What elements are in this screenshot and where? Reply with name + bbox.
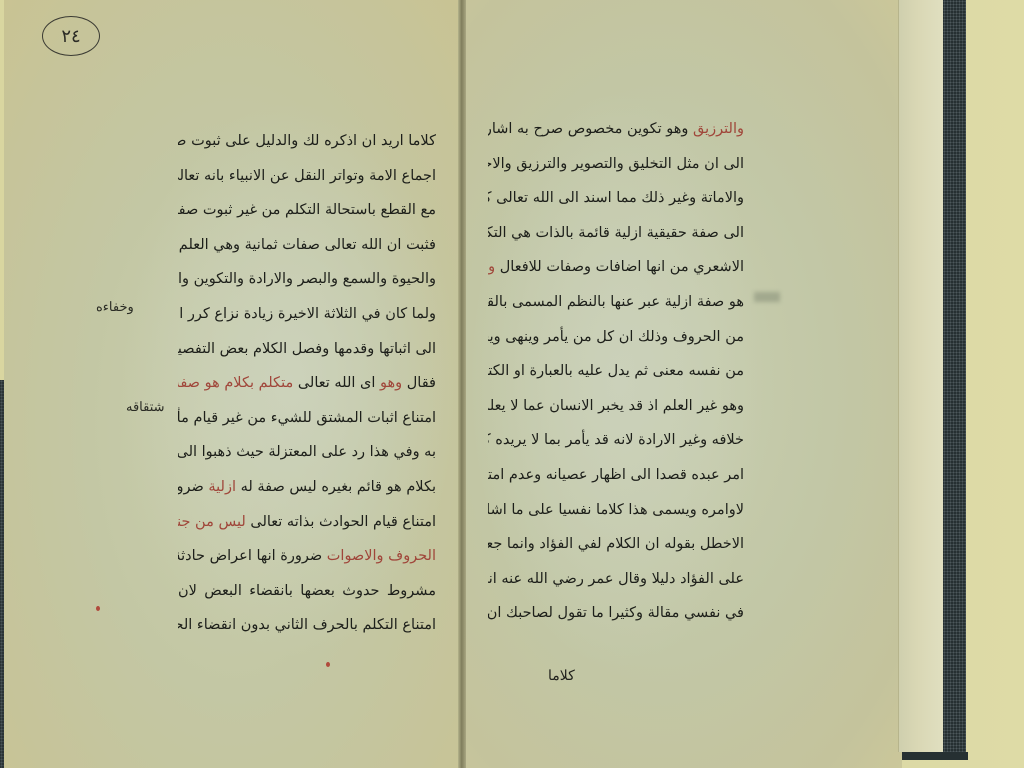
catchword: كلاما — [548, 668, 575, 684]
right-page-text: والترزيق وهو تكوين مخصوص صرح به اشارة ال… — [488, 112, 744, 631]
text-line: بكلام هو قائم بغيره ليس صفة له ازلية ضرو… — [178, 470, 436, 505]
text-segment: بكلام هو قائم بغيره ليس صفة له — [236, 479, 436, 495]
text-line: على الفؤاد دليلا وقال عمر رضي الله عنه ا… — [488, 562, 744, 597]
text-segment: وهو تكوين مخصوص صرح به اشارة — [488, 121, 693, 137]
folio-number: ٢٤ — [42, 16, 100, 56]
text-line: في نفسي مقالة وكثيرا ما تقول لصاحبك ان ف… — [488, 596, 744, 631]
text-segment: اى الله تعالى — [293, 375, 380, 391]
text-segment: ضرورة انها اعراض حادثة — [178, 548, 327, 564]
margin-note: شتقاقه — [126, 400, 165, 415]
text-segment: فقال — [402, 375, 436, 391]
text-line: امر عبده قصدا الى اظهار عصيانه وعدم امتث… — [488, 458, 744, 493]
text-line: امتناع اثبات المشتق للشيء من غير قيام مأ… — [178, 401, 436, 436]
text-line: هو صفة ازلية عبر عنها بالنظم المسمى بالق… — [488, 285, 744, 320]
text-line: الى اثباتها وقدمها وفصل الكلام بعض التفص… — [178, 332, 436, 367]
text-line: فثبت ان الله تعالى صفات ثمانية وهي العلم… — [178, 228, 436, 263]
text-line: الاخطل بقوله ان الكلام لفي الفؤاد وانما … — [488, 527, 744, 562]
text-line: فقال وهو اى الله تعالى متكلم بكلام هو صف… — [178, 366, 436, 401]
text-line: الحروف والاصوات ضرورة انها اعراض حادثة — [178, 539, 436, 574]
text-line: خلافه وغير الارادة لانه قد يأمر بما لا ي… — [488, 423, 744, 458]
text-line: من الحروف وذلك ان كل من يأمر وينهى ويخبر… — [488, 320, 744, 355]
text-line: امتناع قيام الحوادث بذاته تعالى ليس من ج… — [178, 505, 436, 540]
text-line: لاوامره ويسمى هذا كلاما نفسيا على ما اشا… — [488, 493, 744, 528]
ink-spot — [96, 606, 100, 611]
rubric-text: ليس من جنس — [178, 514, 246, 530]
text-line: كلاما اريد ان اذكره لك والدليل على ثبوت … — [178, 124, 436, 159]
text-line: مع القطع باستحالة التكلم من غير ثبوت صفة… — [178, 193, 436, 228]
text-segment: امتناع قيام الحوادث بذاته تعالى — [246, 514, 436, 530]
text-line: والحيوة والسمع والبصر والارادة والتكوين … — [178, 262, 436, 297]
book-cover-right — [940, 0, 966, 760]
text-line: من نفسه معنى ثم يدل عليه بالعبارة او الك… — [488, 354, 744, 389]
ink-spot — [326, 662, 330, 667]
text-line: الى ان مثل التخليق والتصوير والترزيق وال… — [488, 147, 744, 182]
text-line: الاشعري من انها اضافات وصفات للافعال وال… — [488, 250, 744, 285]
left-page-text: كلاما اريد ان اذكره لك والدليل على ثبوت … — [178, 124, 436, 643]
text-line: به وفي هذا رد على المعتزلة حيث ذهبوا الى… — [178, 435, 436, 470]
text-line: الى صفة حقيقية ازلية قائمة بالذات هي الت… — [488, 216, 744, 251]
rubric-text: ازلية — [208, 479, 236, 495]
text-line: وهو غير العلم اذ قد يخبر الانسان عما لا … — [488, 389, 744, 424]
text-line: اجماع الامة وتواتر النقل عن الانبياء بان… — [178, 159, 436, 194]
text-line: مشروط حدوث بعضها بانقضاء البعض لان — [178, 574, 436, 609]
rubric-text: متكلم بكلام هو صفة له — [178, 375, 293, 391]
text-segment: الاشعري من انها اضافات وصفات للافعال — [495, 259, 744, 275]
ink-smudge — [754, 292, 780, 302]
rubric-text: وهو — [380, 375, 402, 391]
margin-note: وخفاءه — [96, 300, 134, 315]
book-cover-bottom — [898, 752, 968, 760]
text-line: والترزيق وهو تكوين مخصوص صرح به اشارة — [488, 112, 744, 147]
text-line: ولما كان في الثلاثة الاخيرة زيادة نزاع ك… — [178, 297, 436, 332]
rubric-text: والترزيق — [693, 121, 744, 137]
text-segment: ضرورة — [178, 479, 208, 495]
text-line: والاماتة وغير ذلك مما اسند الى الله تعال… — [488, 181, 744, 216]
text-line: امتناع التكلم بالحرف الثاني بدون انقضاء … — [178, 608, 436, 643]
rubric-text: الحروف والاصوات — [327, 548, 436, 564]
page-edges — [898, 0, 943, 752]
